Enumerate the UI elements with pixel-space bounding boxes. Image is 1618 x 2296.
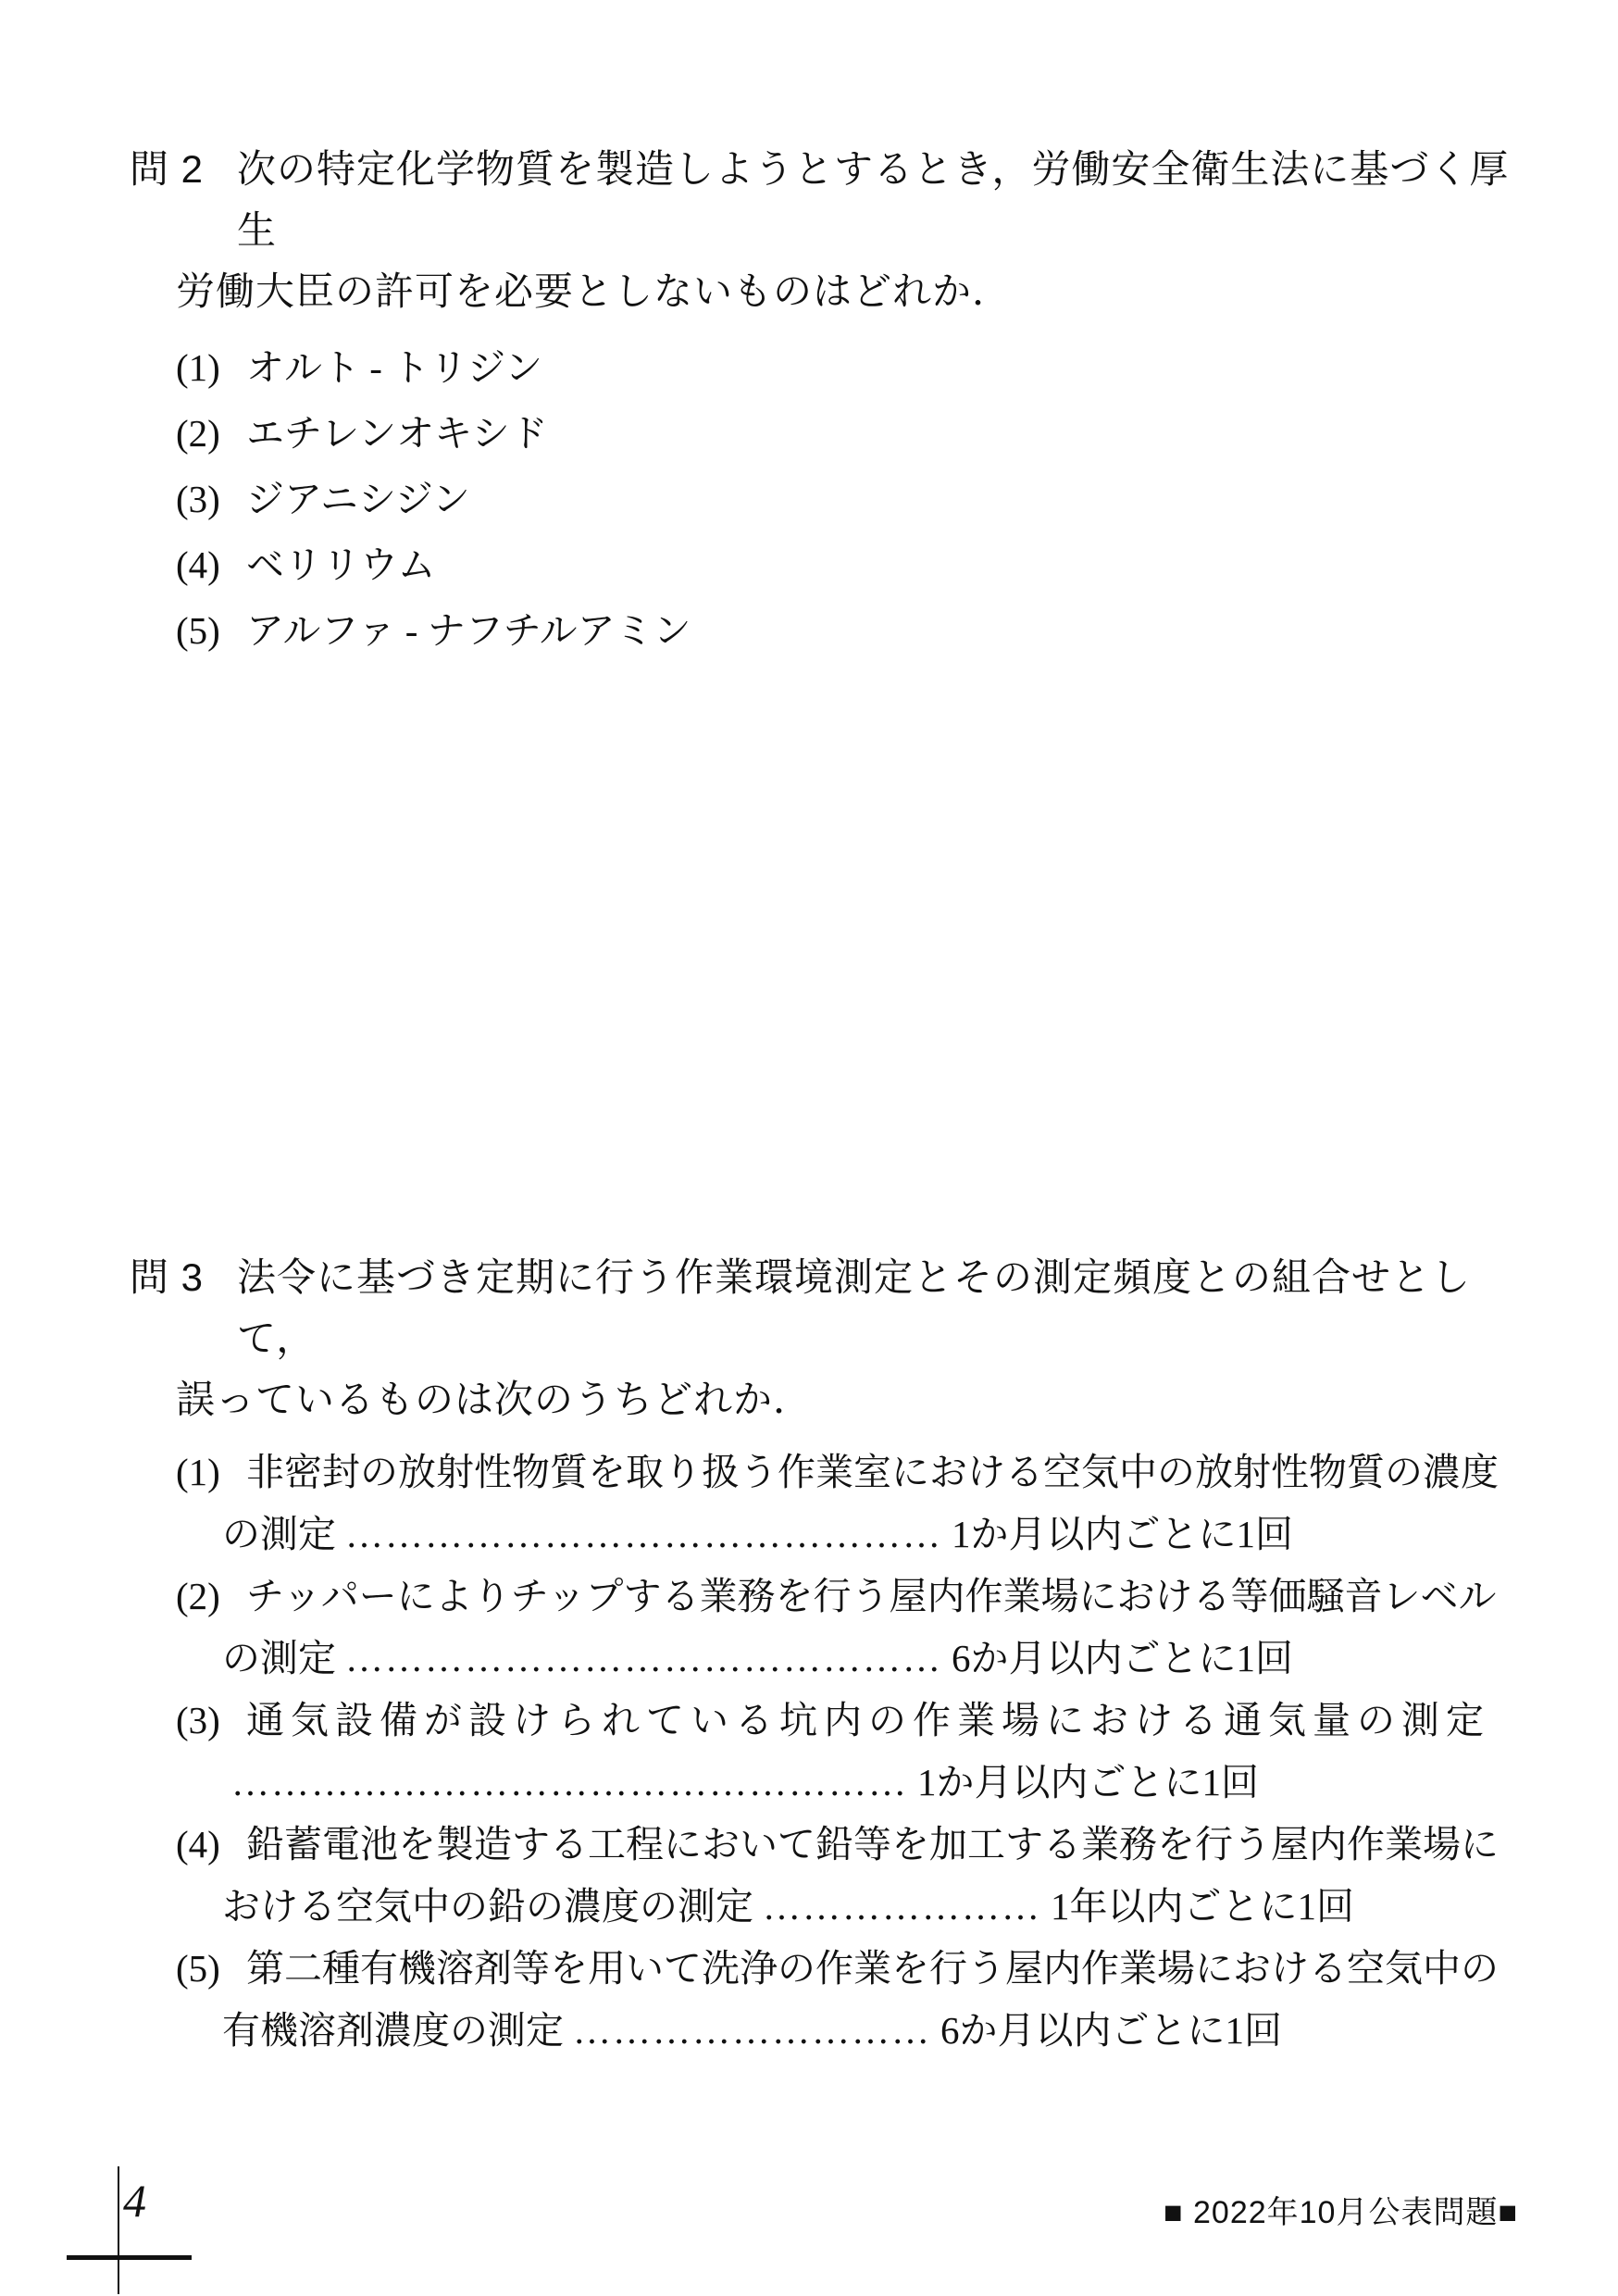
option-number: (3) — [176, 1690, 246, 1752]
dot-leader: …………………………………………… — [231, 1761, 908, 1803]
question-3-prompt: 問 3 法令に基づき定期に行う作業環境測定とその測定頻度との組合せとして， 誤っ… — [130, 1247, 1525, 1430]
page-number: 4 — [123, 2174, 146, 2227]
option-measure-line: の測定………………………………………6か月以内ごとに1回 — [130, 1628, 1525, 1690]
option-row: (3) ジアニシジン — [130, 467, 1525, 532]
option-number: (2) — [176, 401, 246, 467]
option-row: (5) 第二種有機溶剤等を用いて洗浄の作業を行う屋内作業場における空気中の 有機… — [130, 1938, 1525, 2062]
option-measure-line: おける空気中の鉛の濃度の測定…………………1年以内ごとに1回 — [130, 1876, 1525, 1938]
option-text: 第二種有機溶剤等を用いて洗浄の作業を行う屋内作業場における空気中の — [246, 1938, 1499, 2000]
footer-publication-label: ■ 2022年10月公表問題■ — [1164, 2187, 1518, 2232]
option-text-continued: の測定 — [222, 1637, 336, 1679]
option-row: (2) チッパーによりチップする業務を行う屋内作業場における等価騒音レベル の測… — [130, 1566, 1525, 1690]
option-frequency: 6か月以内ごとに1回 — [940, 2009, 1282, 2052]
dot-leader: ……………………… — [573, 2009, 931, 2052]
question-2: 問 2 次の特定化学物質を製造しようとするとき，労働安全衛生法に基づく厚生 労働… — [130, 139, 1525, 664]
option-number: (2) — [176, 1566, 246, 1628]
question-2-number: 問 2 — [130, 139, 204, 261]
question-2-options: (1) オルト - トリジン (2) エチレンオキシド (3) ジアニシジン (… — [130, 335, 1525, 664]
question-3-number: 問 3 — [130, 1247, 204, 1369]
question-3: 問 3 法令に基づき定期に行う作業環境測定とその測定頻度との組合せとして， 誤っ… — [130, 1247, 1525, 2062]
dot-leader: ………………… — [763, 1885, 1041, 1928]
option-text: チッパーによりチップする業務を行う屋内作業場における等価騒音レベル — [246, 1566, 1497, 1628]
option-row: (4) 鉛蓄電池を製造する工程において鉛等を加工する業務を行う屋内作業場に おけ… — [130, 1814, 1525, 1938]
exam-page: 問 2 次の特定化学物質を製造しようとするとき，労働安全衛生法に基づく厚生 労働… — [0, 0, 1618, 2062]
option-measure-line: 有機溶剤濃度の測定………………………6か月以内ごとに1回 — [130, 2000, 1525, 2062]
option-measure-line: の測定………………………………………1か月以内ごとに1回 — [130, 1504, 1525, 1566]
option-number: (4) — [176, 1814, 246, 1876]
option-frequency: 6か月以内ごとに1回 — [952, 1637, 1293, 1679]
option-text: オルト - トリジン — [246, 335, 542, 401]
option-frequency: 1か月以内ごとに1回 — [917, 1761, 1259, 1803]
question-3-text: 法令に基づき定期に行う作業環境測定とその測定頻度との組合せとして， — [237, 1247, 1525, 1369]
option-number: (1) — [176, 1441, 246, 1504]
corner-mark-horizontal-line — [67, 2255, 192, 2260]
option-number: (5) — [176, 1938, 246, 2000]
question-3-options: (1) 非密封の放射性物質を取り扱う作業室における空気中の放射性物質の濃度 の測… — [130, 1441, 1525, 2062]
question-3-prompt-line-1: 問 3 法令に基づき定期に行う作業環境測定とその測定頻度との組合せとして， — [130, 1247, 1525, 1369]
question-2-prompt: 問 2 次の特定化学物質を製造しようとするとき，労働安全衛生法に基づく厚生 労働… — [130, 139, 1525, 322]
option-number: (3) — [176, 467, 246, 532]
option-number: (1) — [176, 335, 246, 401]
option-text: 鉛蓄電池を製造する工程において鉛等を加工する業務を行う屋内作業場に — [246, 1814, 1499, 1876]
option-row: (3) 通気設備が設けられている坑内の作業場における通気量の測定 …………………… — [130, 1690, 1525, 1814]
option-text-continued: の測定 — [222, 1513, 336, 1555]
option-text-continued: おける空気中の鉛の濃度の測定 — [222, 1885, 753, 1928]
question-2-prompt-line-1: 問 2 次の特定化学物質を製造しようとするとき，労働安全衛生法に基づく厚生 — [130, 139, 1525, 261]
option-text: 通気設備が設けられている坑内の作業場における通気量の測定 — [246, 1690, 1490, 1752]
dot-leader: ……………………………………… — [345, 1637, 942, 1679]
option-number: (5) — [176, 598, 246, 664]
option-frequency: 1年以内ごとに1回 — [1051, 1885, 1354, 1928]
option-text: ベリリウム — [246, 532, 436, 598]
option-text-continued: 有機溶剤濃度の測定 — [222, 2009, 564, 2052]
option-text: エチレンオキシド — [246, 401, 548, 467]
option-text: アルファ - ナフチルアミン — [246, 598, 691, 664]
option-row: (4) ベリリウム — [130, 532, 1525, 598]
question-2-text: 次の特定化学物質を製造しようとするとき，労働安全衛生法に基づく厚生 — [237, 139, 1525, 261]
option-row: (1) 非密封の放射性物質を取り扱う作業室における空気中の放射性物質の濃度 の測… — [130, 1441, 1525, 1566]
option-row: (2) エチレンオキシド — [130, 401, 1525, 467]
question-3-prompt-line-2: 誤っているものは次のうちどれか． — [130, 1369, 1525, 1430]
option-row: (5) アルファ - ナフチルアミン — [130, 598, 1525, 664]
option-measure-line: ……………………………………………1か月以内ごとに1回 — [130, 1752, 1525, 1814]
option-text: 非密封の放射性物質を取り扱う作業室における空気中の放射性物質の濃度 — [246, 1441, 1499, 1504]
option-text: ジアニシジン — [246, 467, 470, 532]
dot-leader: ……………………………………… — [345, 1513, 942, 1555]
corner-mark-vertical-line — [118, 2166, 119, 2294]
question-2-prompt-line-2: 労働大臣の許可を必要としないものはどれか． — [130, 261, 1525, 322]
option-frequency: 1か月以内ごとに1回 — [952, 1513, 1293, 1555]
option-number: (4) — [176, 532, 246, 598]
option-row: (1) オルト - トリジン — [130, 335, 1525, 401]
